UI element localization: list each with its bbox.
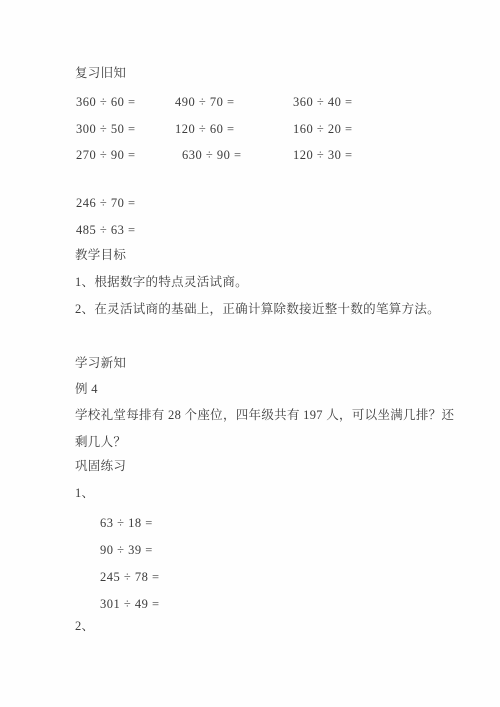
division-expression: 245 ÷ 78 = [100, 570, 160, 584]
problem-text-line1: 学校礼堂每排有 28 个座位，四年级共有 197 人，可以坐满几排？还 [75, 408, 454, 422]
division-expression: 485 ÷ 63 = [76, 223, 136, 237]
division-expression: 360 ÷ 60 = [76, 95, 136, 109]
division-expression: 300 ÷ 50 = [76, 122, 136, 136]
division-expression: 120 ÷ 30 = [293, 148, 353, 162]
division-expression: 630 ÷ 90 = [182, 148, 242, 162]
section-heading-new-lesson: 学习新知 [75, 356, 126, 370]
section-heading-review: 复习旧知 [75, 66, 126, 80]
practice-item-number: 1、 [75, 486, 94, 500]
division-expression: 360 ÷ 40 = [293, 95, 353, 109]
division-expression: 160 ÷ 20 = [293, 122, 353, 136]
division-expression: 63 ÷ 18 = [100, 516, 153, 530]
example-label: 例 4 [75, 382, 98, 396]
division-expression: 90 ÷ 39 = [100, 543, 153, 557]
section-heading-objectives: 教学目标 [75, 248, 126, 262]
division-expression: 120 ÷ 60 = [175, 122, 235, 136]
section-heading-practice: 巩固练习 [75, 459, 126, 473]
division-expression: 270 ÷ 90 = [76, 148, 136, 162]
practice-item-number: 2、 [75, 619, 94, 633]
objective-item: 2、在灵活试商的基础上，正确计算除数接近整十数的笔算方法。 [75, 302, 440, 316]
division-expression: 490 ÷ 70 = [175, 95, 235, 109]
worksheet-page: 复习旧知 360 ÷ 60 = 490 ÷ 70 = 360 ÷ 40 = 30… [0, 0, 500, 707]
objective-item: 1、根据数字的特点灵活试商。 [75, 275, 248, 289]
division-expression: 301 ÷ 49 = [100, 597, 160, 611]
division-expression: 246 ÷ 70 = [76, 196, 136, 210]
problem-text-line2: 剩几人？ [75, 435, 126, 449]
